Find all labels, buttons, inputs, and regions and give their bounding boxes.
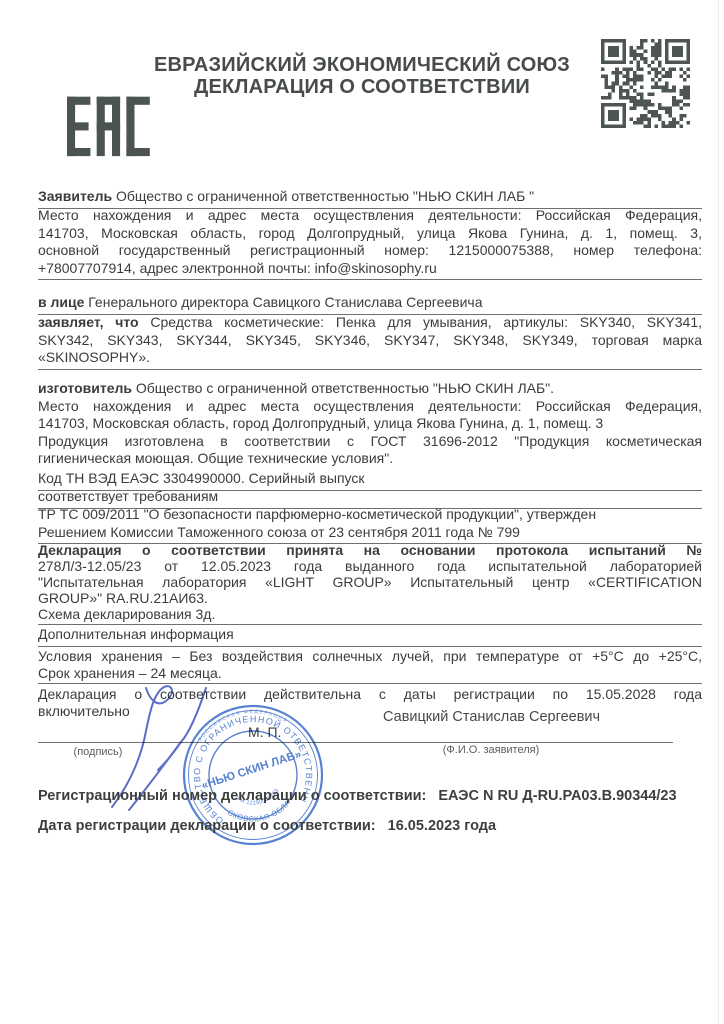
- manufacturer-section: изготовитель Общество с ограниченной отв…: [38, 380, 702, 468]
- address-line: основной государственный регистрационный…: [38, 242, 702, 260]
- basis-line: GROUP»" RA.RU.21АИ63.: [38, 590, 702, 606]
- manufacturer-line: изготовитель Общество с ограниченной отв…: [38, 380, 702, 398]
- declarant-name: Савицкий Станислав Сергеевич: [383, 709, 600, 725]
- applicant-label: Заявитель: [38, 188, 112, 204]
- basis-line: "Испытательная лаборатория «LIGHT GROUP»…: [38, 574, 702, 590]
- address-line: +78007707914, адрес электронной почты: i…: [38, 260, 702, 278]
- products-section: заявляет, что Средства косметические: Пе…: [38, 314, 702, 370]
- person-label: в лице: [38, 294, 84, 310]
- products-line: заявляет, что Средства косметические: Пе…: [38, 314, 702, 332]
- registration-number-row: Регистрационный номер декларации о соотв…: [38, 788, 677, 804]
- scan-edge-artifact: [718, 0, 719, 1024]
- person-section: в лице Генерального директора Савицкого …: [38, 294, 702, 315]
- manufacturer-line: 141703, Московская область, город Долгоп…: [38, 415, 702, 433]
- manufacturer-line: Место нахождения и адрес места осуществл…: [38, 398, 702, 416]
- address-line: Место нахождения и адрес места осуществл…: [38, 207, 702, 225]
- page-title: ЕВРАЗИЙСКИЙ ЭКОНОМИЧЕСКИЙ СОЮЗ ДЕКЛАРАЦИ…: [40, 54, 684, 98]
- declaration-scheme: Схема декларирования 3д.: [38, 606, 702, 622]
- eac-logo: [67, 96, 157, 169]
- title-union: ЕВРАЗИЙСКИЙ ЭКОНОМИЧЕСКИЙ СОЮЗ: [40, 54, 684, 76]
- basis-line: 278Л/3-12.05/23 от 12.05.2023 года выдан…: [38, 558, 702, 574]
- declarant-caption: (Ф.И.О. заявителя): [431, 744, 551, 756]
- additional-heading: Дополнительная информация: [38, 626, 702, 647]
- products-line: «SKINOSOPHY».: [38, 349, 702, 367]
- stamp-center-text: «НЬЮ СКИН ЛАБ»: [200, 748, 303, 792]
- regulation-line: ТР ТС 009/2011 "О безопасности парфюмерн…: [38, 506, 702, 524]
- storage-line: Условия хранения – Без воздействия солне…: [38, 648, 702, 665]
- products-text: Средства косметические: Пенка для умыван…: [139, 314, 702, 330]
- regulation-section: ТР ТС 009/2011 "О безопасности парфюмерн…: [38, 506, 702, 544]
- manufacturer-line: гигиеническая моющая. Общие технические …: [38, 450, 702, 468]
- qr-code: [601, 39, 690, 133]
- manufacturer-line: Продукция изготовлена в соответствии с Г…: [38, 433, 702, 451]
- person-name: Генерального директора Савицкого Станисл…: [84, 294, 482, 310]
- applicant-section: Заявитель Общество с ограниченной ответс…: [38, 188, 702, 209]
- registration-number-label: Регистрационный номер декларации о соотв…: [38, 788, 426, 804]
- claims-label: заявляет, что: [38, 314, 139, 330]
- manufacturer-name: Общество с ограниченной ответственностью…: [132, 380, 554, 396]
- applicant-name: Общество с ограниченной ответственностью…: [112, 188, 534, 204]
- regulation-line: Решением Комиссии Таможенного союза от 2…: [38, 524, 702, 542]
- applicant-address-section: Место нахождения и адрес места осуществл…: [38, 207, 702, 280]
- address-line: 141703, Московская область, город Долгоп…: [38, 225, 702, 243]
- title-declaration: ДЕКЛАРАЦИЯ О СООТВЕТСТВИИ: [40, 76, 684, 98]
- registration-number-value: ЕАЭС N RU Д-RU.РА03.В.90344/23: [438, 788, 676, 804]
- products-line: SKY342, SKY343, SKY344, SKY345, SKY346, …: [38, 332, 702, 350]
- registration-date-label: Дата регистрации декларации о соответств…: [38, 818, 376, 834]
- basis-line: Декларация о соответствии принята на осн…: [38, 542, 702, 558]
- registration-date-value: 16.05.2023 года: [388, 818, 496, 834]
- registration-date-row: Дата регистрации декларации о соответств…: [38, 818, 496, 834]
- basis-section: Декларация о соответствии принята на осн…: [38, 542, 702, 625]
- declaration-document: ЕВРАЗИЙСКИЙ ЭКОНОМИЧЕСКИЙ СОЮЗ ДЕКЛАРАЦИ…: [0, 0, 724, 1024]
- manufacturer-label: изготовитель: [38, 380, 132, 396]
